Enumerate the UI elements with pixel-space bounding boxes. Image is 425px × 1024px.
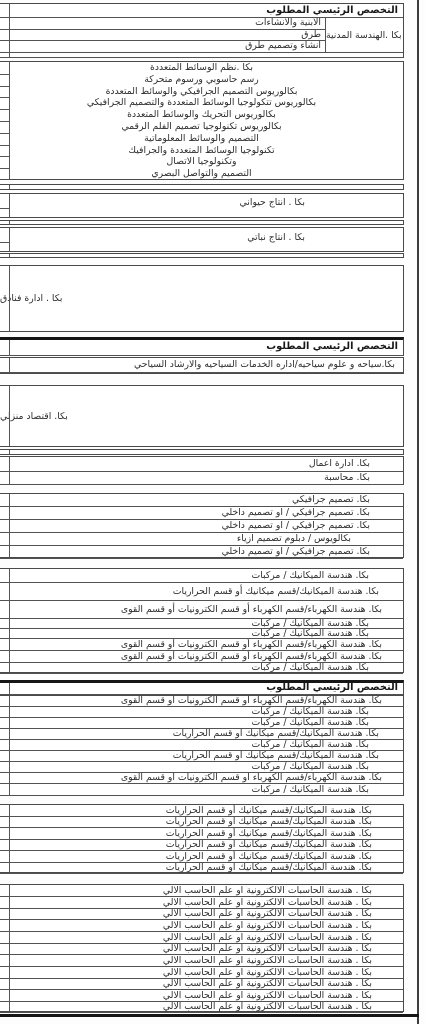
table-row: بكا . هندسة الحاسبات الالكترونية او علم … — [0, 932, 403, 944]
table-row: بكا. هندسة الميكانيك / مركبات — [0, 784, 403, 796]
civil-rows: الابنية والانشاءاتطرقانشاء وتصميم طرقبكا… — [0, 18, 403, 53]
section-header-2: التخصص الرئيسي المطلوب — [0, 337, 404, 356]
specialization-text: بكا. تصميم جرافيكي / او تصميم داخلي — [222, 546, 370, 557]
specialization-text: بكا. هندسة الكهرباء/قسم الكهرباء أو قسم … — [121, 604, 382, 615]
table-row: بكا. هندسة الكهرباء/قسم الكهرباء أو قسم … — [0, 651, 403, 663]
specialization-text: بكا. هندسة الميكانيك / مركبات — [251, 707, 369, 717]
specialization-text: بكا .نظم الوسائط المتعددة — [0, 62, 403, 74]
left-column-rule — [0, 450, 10, 454]
table-row: بكا. تصميم جرافيكي / او تصميم داخلي — [0, 507, 403, 520]
specialization-text: بكا. تصميم جرافيكي / او تصميم داخلي — [222, 507, 370, 518]
specialization-text: بكا . هندسة الحاسبات الالكترونية او علم … — [163, 955, 372, 966]
specialization-text: بكا . هندسة الحاسبات الالكترونية او علم … — [163, 920, 372, 931]
left-column-rule — [0, 185, 10, 189]
table-row: بكا . هندسة الحاسبات الالكترونية او علم … — [0, 1002, 403, 1013]
specialization-text: بكا.سياحه و علوم سياحيه/اداره الخدمات ال… — [134, 359, 395, 370]
specialization-text: بكا . هندسة الحاسبات الالكترونية او علم … — [163, 990, 372, 1001]
section-plant-production: بكا . انتاج نباتي — [0, 227, 404, 252]
table-row: بكا. هندسة الميكانيك / مركبات — [0, 629, 403, 639]
specialization-text: بكا. هندسة الميكانيك/قسم ميكانيك أو قسم … — [173, 586, 379, 597]
specialization-text: وتكنولوجيا الاتصال — [0, 156, 403, 168]
specialization-text: بكا. هندسة الميكانيك / مركبات — [251, 570, 369, 581]
section-header-label: التخصص الرئيسي المطلوب — [266, 5, 398, 16]
section-tourism: بكا.سياحه و علوم سياحيه/اداره الخدمات ال… — [0, 357, 404, 374]
table-row: بكا. هندسة الميكانيك/قسم ميكانيك أو قسم … — [0, 751, 403, 762]
table-row: بكا.سياحه و علوم سياحيه/اداره الخدمات ال… — [0, 358, 403, 373]
section-mechanical-electrical-1: بكا. هندسة الميكانيك / مركباتبكا. هندسة … — [0, 568, 404, 673]
cell: بكا . انتاج حيواني — [0, 194, 403, 220]
civil-specializations-column: الابنية والانشاءاتطرقانشاء وتصميم طرق — [0, 18, 325, 52]
table-row: طرق — [0, 30, 325, 42]
left-column-rule — [0, 221, 10, 224]
table-row: بكا. هندسة الكهرباء/قسم الكهرباء أو قسم … — [0, 601, 403, 619]
table-row: بكا. هندسة الميكانيك/قسم ميكانيك أو قسم … — [0, 805, 403, 817]
specialization-text: بكا. هندسة الميكانيك/قسم ميكانيك أو قسم … — [166, 863, 372, 873]
specialization-text: بكا. هندسة الميكانيك / مركبات — [251, 718, 369, 728]
specialization-text: بكا. هندسة الميكانيك / مركبات — [251, 740, 369, 750]
specialization-text: بكا. هندسة الميكانيك/قسم ميكانيك أو قسم … — [166, 805, 372, 816]
table-row: بكا. تصميم جرافيكي / او تصميم داخلي — [0, 546, 403, 559]
specialization-text: بكا. هندسة الميكانيك/قسم ميكانيك أو قسم … — [166, 840, 372, 850]
specialization-text: بكا. هندسة الكهرباء/قسم الكهرباء أو قسم … — [121, 773, 382, 783]
bottom-thick-border — [0, 1014, 419, 1017]
table-header-row: التخصص الرئيسي المطلوب — [0, 4, 403, 18]
table-row: بكا. هندسة الميكانيك / مركبات — [0, 619, 403, 629]
empty-row — [0, 449, 404, 455]
table-row: بكا. هندسة الميكانيك/قسم ميكانيك أو قسم … — [0, 840, 403, 851]
specialization-text: بكا. هندسة الميكانيك/قسم ميكانيك أو قسم … — [166, 817, 372, 827]
specialization-text: بكا. هندسة الميكانيك / مركبات — [251, 619, 369, 629]
specialization-text: بكا . هندسة الحاسبات الالكترونية او علم … — [163, 897, 372, 908]
table-row: بكا . هندسة الحاسبات الالكترونية او علم … — [0, 944, 403, 955]
section-hotel-management: بكا . ادارة فنادق — [0, 265, 404, 332]
specialization-text: انشاء وتصميم طرق — [245, 41, 321, 51]
section-business-accounting: بكا. ادارة اعمالبكا. محاسبة — [0, 456, 404, 485]
specialization-text: بكا . هندسة الحاسبات الالكترونية او علم … — [163, 979, 372, 989]
specialization-text: بكا. هندسة الميكانيك/قسم ميكانيك أو قسم … — [173, 729, 379, 739]
section-header-label: التخصص الرئيسي المطلوب — [266, 683, 398, 693]
table-row: بكا . هندسة الحاسبات الالكترونية او علم … — [0, 955, 403, 967]
table-row: بكا . هندسة الحاسبات الالكترونية او علم … — [0, 920, 403, 932]
section-header-3: التخصص الرئيسي المطلوب — [0, 680, 404, 695]
specialization-text: بكا. هندسة الميكانيك/قسم ميكانيك أو قسم … — [166, 851, 372, 862]
table-row: بكا . هندسة الحاسبات الالكترونية او علم … — [0, 990, 403, 1002]
section-animal-production: بكا . انتاج حيواني — [0, 193, 404, 218]
table-row: بكا. ادارة اعمال — [0, 457, 403, 472]
specialization-text: بكا. هندسة الميكانيك / مركبات — [251, 663, 369, 673]
empty-row — [0, 220, 404, 225]
specialization-text: بكا . انتاج حيواني — [240, 197, 305, 208]
specialization-text: بكا. ادارة اعمال — [309, 458, 370, 469]
table-row: بكا. هندسة الميكانيك / مركبات — [0, 663, 403, 674]
specialization-text: طرق — [301, 30, 321, 40]
specialization-text: الابنية والانشاءات — [255, 18, 321, 28]
multimedia-lines: بكا .نظم الوسائط المتعددةرسم حاسوبي ورسو… — [0, 62, 403, 180]
specialization-text: بكا. هندسة الكهرباء/قسم الكهرباء أو قسم … — [121, 696, 382, 706]
specialization-text: رسم حاسوبي ورسوم متحركة — [0, 74, 403, 86]
table-row: بكا. هندسة الميكانيك / مركبات — [0, 718, 403, 729]
specialization-text: بكا . هندسة الحاسبات الالكترونية او علم … — [163, 909, 372, 919]
specialization-text: بكا. هندسة الكهرباء/قسم الكهرباء أو قسم … — [121, 651, 382, 662]
table-row: بكا. هندسة الميكانيك/قسم ميكانيك أو قسم … — [0, 828, 403, 840]
specialization-text: بكا . ادارة فنادق — [0, 293, 62, 304]
page-right-border — [417, 0, 419, 1024]
left-column-rule — [0, 254, 10, 257]
specialization-text: بكا . هندسة الحاسبات الالكترونية او علم … — [163, 1002, 372, 1012]
specialization-text: بكا. تصميم جرافيكي — [292, 494, 370, 505]
table-row: بكا. هندسة الكهرباء/قسم الكهرباء أو قسم … — [0, 773, 403, 784]
specialization-text: تكنولوجيا الوسائط المتعددة والجرافيك — [0, 145, 403, 157]
cell: بكا . انتاج نباتي — [0, 228, 403, 255]
section-design: بكا. تصميم جرافيكيبكا. تصميم جرافيكي / ا… — [0, 493, 404, 558]
specialization-text: بكا . هندسة الحاسبات الالكترونية او علم … — [163, 932, 372, 943]
table-row: التخصص الرئيسي المطلوب — [0, 340, 403, 356]
specialization-text: بكا. هندسة الميكانيك / مركبات — [251, 784, 369, 795]
specialization-text: بكا. هندسة الميكانيك / مركبات — [251, 629, 369, 639]
specialization-text: بكا . انتاج نباتي — [247, 232, 305, 243]
table-row: بكا. هندسة الميكانيك/قسم ميكانيك أو قسم … — [0, 583, 403, 601]
table-row: بكا. هندسة الميكانيك / مركبات — [0, 740, 403, 751]
specialization-text: بكا . هندسة الحاسبات الالكترونية او علم … — [163, 967, 372, 978]
section-header-label: التخصص الرئيسي المطلوب — [266, 341, 398, 352]
table-row: بكا . هندسة الحاسبات الالكترونية او علم … — [0, 909, 403, 920]
table-row: انشاء وتصميم طرق — [0, 41, 325, 52]
empty-row — [0, 253, 404, 258]
section-thermal-mechanics: بكا. هندسة الميكانيك/قسم ميكانيك أو قسم … — [0, 804, 404, 873]
table-row: بكا. هندسة الميكانيك / مركبات — [0, 569, 403, 583]
specialization-text: بكا. محاسبة — [324, 472, 370, 483]
specialization-text: بكا. هندسة الكهرباء/قسم الكهرباء أو قسم … — [121, 639, 382, 650]
table-row: بكالويوس / دبلوم تصميم ازياء — [0, 533, 403, 546]
table-row: بكا . هندسة الحاسبات الالكترونية او علم … — [0, 885, 403, 897]
table-row: بكا . هندسة الحاسبات الالكترونية او علم … — [0, 967, 403, 979]
table-row: بكا. هندسة الميكانيك/قسم ميكانيك أو قسم … — [0, 851, 403, 863]
table-row: بكا. هندسة الميكانيك/قسم ميكانيك أو قسم … — [0, 863, 403, 874]
scanned-specializations-document: التخصص الرئيسي المطلوبالابنية والانشاءات… — [0, 0, 425, 1024]
specialization-text: بكا. اقتصاد منزلي — [0, 411, 68, 422]
table-row: بكا . هندسة الحاسبات الالكترونية او علم … — [0, 979, 403, 990]
specialization-text: بكا . هندسة الحاسبات الالكترونية او علم … — [163, 944, 372, 954]
table-row: التخصص الرئيسي المطلوب — [0, 683, 403, 695]
table-row: بكا. تصميم جرافيكي / او تصميم داخلي — [0, 520, 403, 533]
section-civil-engineering: التخصص الرئيسي المطلوبالابنية والانشاءات… — [0, 3, 404, 58]
section-multimedia: بكا .نظم الوسائط المتعددةرسم حاسوبي ورسو… — [0, 61, 404, 180]
table-row: بكا. هندسة الميكانيك / مركبات — [0, 762, 403, 773]
cell: بكا. اقتصاد منزلي — [0, 386, 403, 446]
table-row: بكا. هندسة الميكانيك/قسم ميكانيك أو قسم … — [0, 729, 403, 740]
specialization-text: التصميم والتواصل البصري — [0, 168, 403, 180]
table-row: بكا . هندسة الحاسبات الالكترونية او علم … — [0, 897, 403, 909]
empty-row — [0, 53, 403, 58]
degree-text: بكا .الهندسة المدنية — [326, 30, 402, 41]
specialization-text: بكالوريوس تتكولوجيا الوسائط المتعددة وال… — [0, 97, 403, 109]
specialization-text: التصميم والوسائط المعلوماتية — [0, 133, 403, 145]
table-row: بكا. هندسة الميكانيك/قسم ميكانيك أو قسم … — [0, 817, 403, 828]
section-computer-engineering: بكا . هندسة الحاسبات الالكترونية او علم … — [0, 884, 404, 1012]
section-mechanical-electrical-2: بكا. هندسة الكهرباء/قسم الكهرباء أو قسم … — [0, 695, 404, 796]
table-row: بكا. محاسبة — [0, 472, 403, 485]
section-home-economics: بكا. اقتصاد منزلي — [0, 385, 404, 447]
table-row: بكا. تصميم جرافيكي — [0, 494, 403, 507]
table-row: الابنية والانشاءات — [0, 18, 325, 30]
specialization-text: بكالوريوس التصميم الجرافيكي والوسائط الم… — [0, 86, 403, 98]
table-row: بكا. هندسة الكهرباء/قسم الكهرباء أو قسم … — [0, 696, 403, 707]
specialization-text: بكا. هندسة الميكانيك/قسم ميكانيك أو قسم … — [166, 828, 372, 839]
specialization-text: بكالويوس / دبلوم تصميم ازياء — [237, 533, 351, 544]
cell: بكا . ادارة فنادق — [0, 266, 403, 331]
specialization-text: بكا. هندسة الميكانيك/قسم ميكانيك أو قسم … — [173, 751, 379, 761]
table-row: بكا. هندسة الميكانيك / مركبات — [0, 707, 403, 718]
specialization-text: بكالوريوس تكنولوجيا تصميم الفلم الرقمي — [0, 121, 403, 133]
specialization-text: بكالوريوس التحريك والوسائط المتعددة — [0, 109, 403, 121]
specialization-text: بكا . هندسة الحاسبات الالكترونية او علم … — [163, 885, 372, 896]
table-row: بكا. هندسة الكهرباء/قسم الكهرباء أو قسم … — [0, 639, 403, 651]
specialization-text: بكا. تصميم جرافيكي / او تصميم داخلي — [222, 520, 370, 531]
empty-row — [0, 184, 404, 190]
civil-degree-cell: بكا .الهندسة المدنية — [325, 18, 403, 52]
specialization-text: بكا. هندسة الميكانيك / مركبات — [251, 762, 369, 772]
